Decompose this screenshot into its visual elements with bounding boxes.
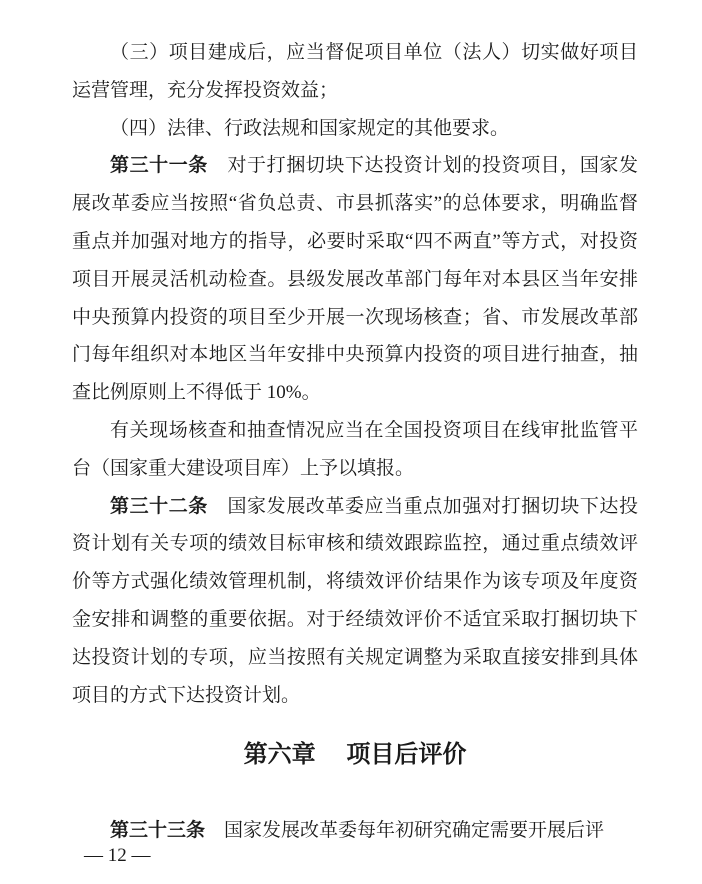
- paragraph-text: 对于打捆切块下达投资计划的投资项目，国家发展改革委应当按照“省负总责、市县抓落实…: [72, 155, 638, 403]
- paragraph-text: 有关现场核查和抽查情况应当在全国投资项目在线审批监管平台（国家重大建设项目库）上…: [72, 420, 638, 479]
- paragraph: 有关现场核查和抽查情况应当在全国投资项目在线审批监管平台（国家重大建设项目库）上…: [72, 412, 638, 488]
- paragraph-text: 国家发展改革委每年初研究确定需要开展后评: [205, 820, 604, 841]
- document-page: （三）项目建成后，应当督促项目单位（法人）切实做好项目运营管理，充分发挥投资效益…: [0, 0, 702, 884]
- paragraph: （四）法律、行政法规和国家规定的其他要求。: [72, 110, 638, 148]
- page-number: — 12 —: [84, 846, 151, 865]
- paragraph: 第三十一条 对于打捆切块下达投资计划的投资项目，国家发展改革委应当按照“省负总责…: [72, 147, 638, 412]
- paragraph: 第三十二条 国家发展改革委应当重点加强对打捆切块下达投资计划有关专项的绩效目标审…: [72, 488, 638, 715]
- paragraph: 第三十三条 国家发展改革委每年初研究确定需要开展后评: [72, 812, 638, 850]
- article-number: 第三十三条: [110, 820, 205, 841]
- paragraph-text: 国家发展改革委应当重点加强对打捆切块下达投资计划有关专项的绩效目标审核和绩效跟踪…: [72, 496, 638, 706]
- article-number: 第三十一条: [110, 155, 208, 176]
- paragraph: （三）项目建成后，应当督促项目单位（法人）切实做好项目运营管理，充分发挥投资效益…: [72, 34, 638, 110]
- article-number: 第三十二条: [110, 496, 208, 517]
- document-body: （三）项目建成后，应当督促项目单位（法人）切实做好项目运营管理，充分发挥投资效益…: [72, 34, 638, 850]
- paragraph-text: （三）项目建成后，应当督促项目单位（法人）切实做好项目运营管理，充分发挥投资效益…: [72, 42, 638, 101]
- paragraph-text: （四）法律、行政法规和国家规定的其他要求。: [110, 118, 509, 139]
- chapter-heading: 第六章 项目后评价: [72, 736, 638, 774]
